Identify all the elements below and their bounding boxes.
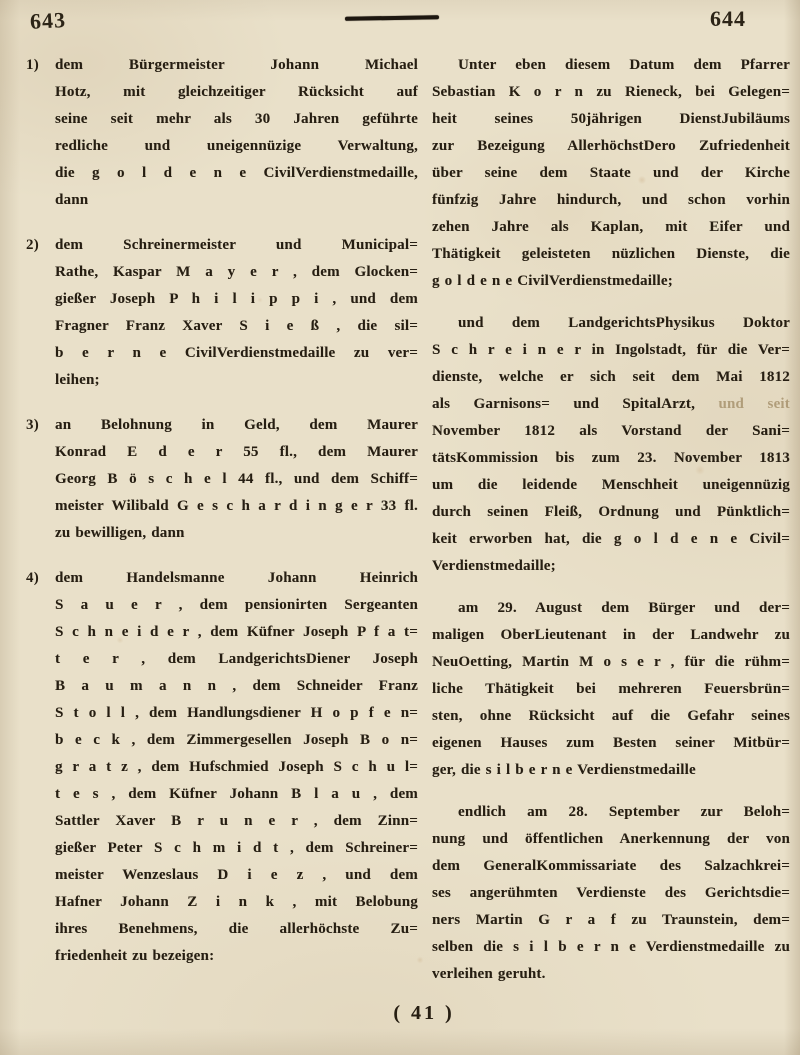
text-line: als Garnisons= und SpitalArzt, und seit [432,391,790,418]
text-line: dienste, welche er sich seit dem Mai 181… [432,364,790,391]
text-line: seine seit mehr als 30 Jahren geführte [55,106,418,133]
text-line: Thätigkeit geleisteten nüzlichen Dienste… [432,241,790,268]
text-line: über seine dem Staate und der Kirche [432,160,790,187]
text-line: fünfzig Jahre hindurch, und schon vorhin [432,187,790,214]
right-column: Unter eben diesem Datum dem PfarrerSebas… [432,52,790,1003]
page-number-right: 644 [710,6,746,32]
text-line: durch seinen Fleiß, Ordnung und Pünktlic… [432,499,790,526]
text-line: g o l d e n e CivilVerdienstmedaille; [432,268,790,295]
footer-signature: ( 41 ) [24,1002,800,1025]
paragraph: Unter eben diesem Datum dem PfarrerSebas… [432,52,790,295]
text-line: S c h r e i n e r in Ingolstadt, für die… [432,337,790,364]
text-line: redliche und uneigennüzige Verwaltung, [55,133,418,160]
text-line: Hotz, mit gleichzeitiger Rücksicht auf [55,79,418,106]
text-line: zehen Jahre als Kaplan, mit Eifer und [432,214,790,241]
text-line: ger, die s i l b e r n e Verdienstmedail… [432,757,790,784]
text-line: die g o l d e n e CivilVerdienstmedaille… [55,160,418,187]
paragraph: und dem LandgerichtsPhysikus DoktorS c h… [432,310,790,580]
scanned-page: 643 644 1)dem Bürgermeister Johann Micha… [0,0,800,1055]
text-line: S t o l l , dem Handlungsdiener H o p f … [55,700,418,727]
paragraph: endlich am 28. September zur Beloh=nung … [432,799,790,988]
text-line: S a u e r , dem pensionirten Sergeanten [55,592,418,619]
text-line: gießer Joseph P h i l i p p i , und dem [55,286,418,313]
text-line: selben die s i l b e r n e Verdienstmeda… [432,934,790,961]
text-line: am 29. August dem Bürger und der= [432,595,790,622]
text-line: Unter eben diesem Datum dem Pfarrer [432,52,790,79]
text-line: leihen; [55,367,418,394]
text-line: tätsKommission bis zum 23. November 1813 [432,445,790,472]
text-line: meister Wenzeslaus D i e z , und dem [55,862,418,889]
text-line: gießer Peter S c h m i d t , dem Schrein… [55,835,418,862]
text-line: nung und öffentlichen Anerkennung der vo… [432,826,790,853]
text-line: dem Schreinermeister und Municipal= [55,232,418,259]
left-column: 1)dem Bürgermeister Johann MichaelHotz, … [26,52,418,988]
text-line: NeuOetting, Martin M o s e r , für die r… [432,649,790,676]
text-line: Verdienstmedaille; [432,553,790,580]
paragraph: am 29. August dem Bürger und der=maligen… [432,595,790,784]
numbered-list-item: 2)dem Schreinermeister und Municipal=Rat… [26,232,418,394]
text-segment: als Garnisons= und SpitalArzt, [432,396,718,412]
text-line: Fragner Franz Xaver S i e ß , die sil= [55,313,418,340]
text-line: Hafner Johann Z i n k , mit Belobung [55,889,418,916]
list-item-number: 2) [26,232,39,259]
list-item-number: 4) [26,565,39,592]
text-line: verleihen geruht. [432,961,790,988]
page-number-left: 643 [29,7,66,35]
text-line: Sebastian K o r n zu Rieneck, bei Gelege… [432,79,790,106]
text-line: ses angerühmten Verdienste des Gerichtsd… [432,880,790,907]
text-line: zu bewilligen, dann [55,520,418,547]
text-line: endlich am 28. September zur Beloh= [432,799,790,826]
text-line: t e s , dem Küfner Johann B l a u , dem [55,781,418,808]
text-line: dem GeneralKommissariate des Salzachkrei… [432,853,790,880]
faded-text: und seit [718,396,790,412]
text-line: ihres Benehmens, die allerhöchste Zu= [55,916,418,943]
list-item-number: 3) [26,412,39,439]
numbered-list-item: 3)an Belohnung in Geld, dem MaurerKonrad… [26,412,418,547]
list-item-number: 1) [26,52,39,79]
text-line: liche Thätigkeit bei mehreren Feuersbrün… [432,676,790,703]
text-line: dem Handelsmanne Johann Heinrich [55,565,418,592]
text-line: Sattler Xaver B r u n e r , dem Zinn= [55,808,418,835]
text-line: S c h n e i d e r , dem Küfner Joseph P … [55,619,418,646]
text-line: meister Wilibald G e s c h a r d i n g e… [55,493,418,520]
text-line: zur Bezeigung AllerhöchstDero Zufriedenh… [432,133,790,160]
text-line: B a u m a n n , dem Schneider Franz [55,673,418,700]
text-line: November 1812 als Vorstand der Sani= [432,418,790,445]
text-line: t e r , dem LandgerichtsDiener Joseph [55,646,418,673]
numbered-list-item: 4)dem Handelsmanne Johann HeinrichS a u … [26,565,418,970]
text-line: keit erworben hat, die g o l d e n e Civ… [432,526,790,553]
text-line: und dem LandgerichtsPhysikus Doktor [432,310,790,337]
text-line: friedenheit zu bezeigen: [55,943,418,970]
text-line: maligen OberLieutenant in der Landwehr z… [432,622,790,649]
text-line: dem Bürgermeister Johann Michael [55,52,418,79]
text-line: eigenen Hauses zum Besten seiner Mitbür= [432,730,790,757]
text-line: um die leidende Menschheit uneigennüzig [432,472,790,499]
text-line: sten, ohne Rücksicht auf die Gefahr sein… [432,703,790,730]
text-line: an Belohnung in Geld, dem Maurer [55,412,418,439]
text-line: b e c k , dem Zimmergesellen Joseph B o … [55,727,418,754]
text-line: dann [55,187,418,214]
header-rule [345,15,439,21]
text-line: Konrad E d e r 55 fl., dem Maurer [55,439,418,466]
text-line: heit seines 50jährigen DienstJubiläums [432,106,790,133]
text-line: Rathe, Kaspar M a y e r , dem Glocken= [55,259,418,286]
text-line: Georg B ö s c h e l 44 fl., und dem Schi… [55,466,418,493]
text-line: g r a t z , dem Hufschmied Joseph S c h … [55,754,418,781]
numbered-list-item: 1)dem Bürgermeister Johann MichaelHotz, … [26,52,418,214]
text-line: b e r n e CivilVerdienstmedaille zu ver= [55,340,418,367]
text-line: ners Martin G r a f zu Traunstein, dem= [432,907,790,934]
